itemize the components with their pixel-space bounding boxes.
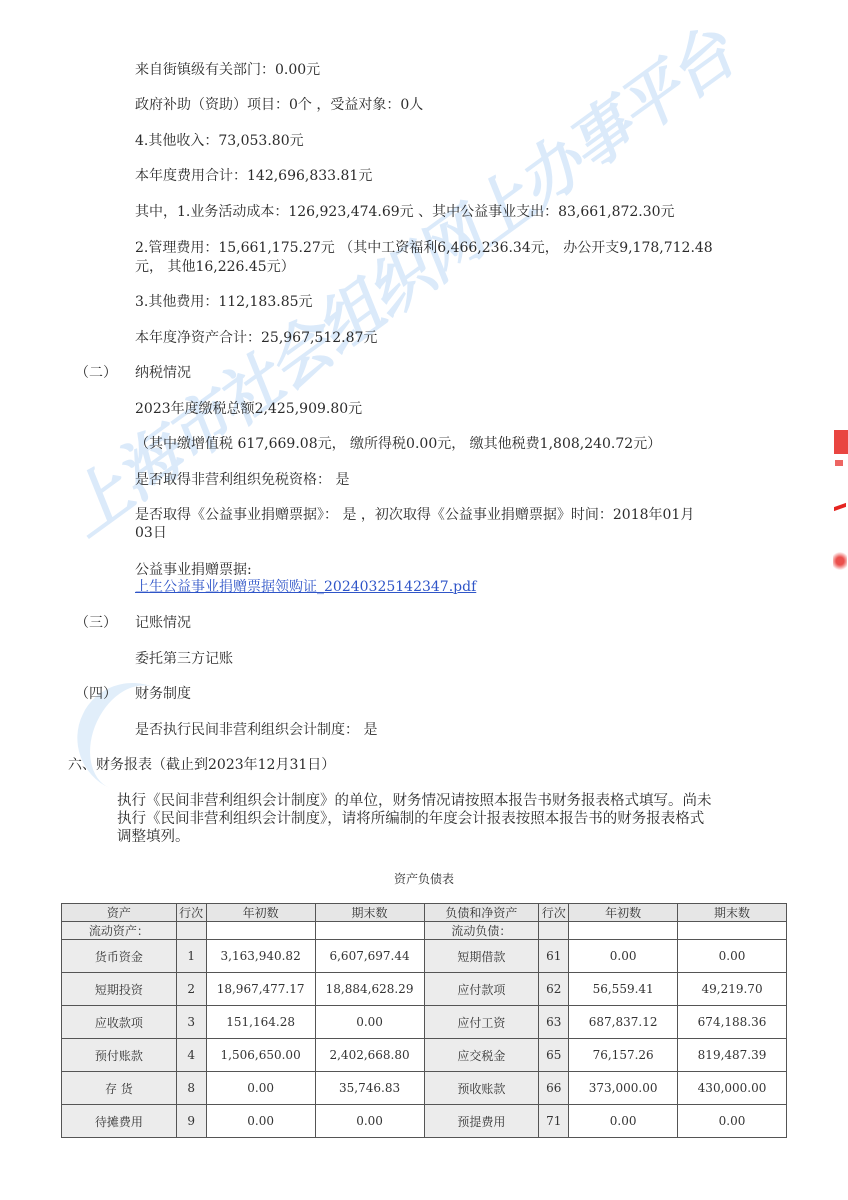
expense-management-line1: 2.管理费用：15,661,175.27元 （其中工资福利6,466,236.3…: [135, 239, 713, 257]
liability-end: 0.00: [678, 1105, 787, 1138]
expense-business-cost: 其中，1.业务活动成本：126,923,474.69元 、其中公益事业支出：83…: [135, 203, 675, 221]
liability-begin: 373,000.00: [569, 1072, 678, 1105]
expense-management-line2: 元， 其他16,226.45元）: [135, 258, 295, 276]
liability-row-no: 61: [539, 940, 569, 973]
liability-begin: 0.00: [569, 1105, 678, 1138]
red-seal-stamp: [832, 430, 848, 580]
asset-name: 存 货: [62, 1072, 177, 1105]
liability-row-no: 63: [539, 1006, 569, 1039]
asset-end: 18,884,628.29: [315, 973, 424, 1006]
liability-end: 49,219.70: [678, 973, 787, 1006]
expense-total: 本年度费用合计：142,696,833.81元: [135, 167, 372, 185]
asset-end: 6,607,697.44: [315, 940, 424, 973]
donation-receipt-line2: 03日: [135, 524, 167, 542]
liability-row-no: 65: [539, 1039, 569, 1072]
current-assets-label: 流动资产：: [62, 922, 177, 940]
donation-receipt-label: 公益事业捐赠票据:: [135, 561, 252, 579]
tax-detail: （其中缴增值税 617,669.08元， 缴所得税0.00元， 缴其他税费1,8…: [135, 435, 661, 453]
current-liabilities-label: 流动负债：: [424, 922, 539, 940]
asset-row-no: 1: [176, 940, 206, 973]
liability-name: 应交税金: [424, 1039, 539, 1072]
table-row: 预付账款 4 1,506,650.00 2,402,668.80 应交税金 65…: [62, 1039, 787, 1072]
asset-name: 预付账款: [62, 1039, 177, 1072]
tax-total: 2023年度缴税总额2,425,909.80元: [135, 400, 362, 418]
tax-exempt-status: 是否取得非营利组织免税资格： 是: [135, 471, 349, 489]
header-row-no: 行次: [539, 904, 569, 922]
section-finance-system-heading: （四）财务制度: [75, 685, 191, 703]
balance-sheet-table: 资产 行次 年初数 期末数 负债和净资产 行次 年初数 期末数 流动资产： 流动…: [61, 903, 787, 1138]
asset-name: 待摊费用: [62, 1105, 177, 1138]
section-title: 记账情况: [135, 615, 191, 631]
liability-begin: 56,559.41: [569, 973, 678, 1006]
liability-name: 预收账款: [424, 1072, 539, 1105]
table-row: 存 货 8 0.00 35,746.83 预收账款 66 373,000.00 …: [62, 1072, 787, 1105]
section-tax-heading: （二）纳税情况: [75, 364, 191, 382]
header-row-no: 行次: [176, 904, 206, 922]
header-liability: 负债和净资产: [424, 904, 539, 922]
table-row: 应收款项 3 151,164.28 0.00 应付工资 63 687,837.1…: [62, 1006, 787, 1039]
asset-row-no: 3: [176, 1006, 206, 1039]
donation-receipt-file-link-wrap: 上生公益事业捐赠票据领购证_20240325142347.pdf: [135, 578, 476, 596]
asset-begin: 3,163,940.82: [206, 940, 315, 973]
asset-row-no: 2: [176, 973, 206, 1006]
asset-begin: 0.00: [206, 1105, 315, 1138]
asset-name: 应收款项: [62, 1006, 177, 1039]
section-number: （三）: [75, 614, 135, 632]
asset-name: 货币资金: [62, 940, 177, 973]
section-bookkeeping-heading: （三）记账情况: [75, 614, 191, 632]
liability-begin: 0.00: [569, 940, 678, 973]
header-begin: 年初数: [569, 904, 678, 922]
table-row: 货币资金 1 3,163,940.82 6,607,697.44 短期借款 61…: [62, 940, 787, 973]
section-title: 纳税情况: [135, 365, 191, 381]
liability-row-no: 71: [539, 1105, 569, 1138]
asset-begin: 1,506,650.00: [206, 1039, 315, 1072]
asset-row-no: 9: [176, 1105, 206, 1138]
asset-end: 0.00: [315, 1006, 424, 1039]
statements-heading: 六、财务报表（截止到2023年12月31日）: [68, 756, 335, 774]
bookkeeping-value: 委托第三方记账: [135, 650, 233, 668]
statements-note-line1: 执行《民间非营利组织会计制度》的单位，财务情况请按照本报告书财务报表格式填写。尚…: [117, 792, 712, 810]
asset-end: 2,402,668.80: [315, 1039, 424, 1072]
expense-other: 3.其他费用：112,183.85元: [135, 293, 313, 311]
section-title: 财务制度: [135, 686, 191, 702]
balance-sheet-title: 资产负债表: [0, 870, 848, 887]
income-other: 4.其他收入：73,053.80元: [135, 132, 304, 150]
table-row: 短期投资 2 18,967,477.17 18,884,628.29 应付款项 …: [62, 973, 787, 1006]
liability-row-no: 62: [539, 973, 569, 1006]
liability-row-no: 66: [539, 1072, 569, 1105]
statements-note-line2: 执行《民间非营利组织会计制度》，请将所编制的年度会计报表按照本报告书的财务报表格…: [117, 810, 704, 828]
header-begin: 年初数: [206, 904, 315, 922]
liability-end: 430,000.00: [678, 1072, 787, 1105]
donation-receipt-line1: 是否取得《公益事业捐赠票据》： 是 ，初次取得《公益事业捐赠票据》时间：2018…: [135, 506, 694, 524]
table-row: 待摊费用 9 0.00 0.00 预提费用 71 0.00 0.00: [62, 1105, 787, 1138]
statements-note-line3: 调整填列。: [117, 828, 190, 846]
table-header-row: 资产 行次 年初数 期末数 负债和净资产 行次 年初数 期末数: [62, 904, 787, 922]
section-number: （四）: [75, 685, 135, 703]
donation-receipt-pdf-link[interactable]: 上生公益事业捐赠票据领购证_20240325142347.pdf: [135, 579, 476, 595]
net-assets-total: 本年度净资产合计：25,967,512.87元: [135, 329, 377, 347]
liability-name: 应付工资: [424, 1006, 539, 1039]
asset-end: 0.00: [315, 1105, 424, 1138]
liability-end: 819,487.39: [678, 1039, 787, 1072]
liability-begin: 76,157.26: [569, 1039, 678, 1072]
table-section-row: 流动资产： 流动负债：: [62, 922, 787, 940]
header-end: 期末数: [315, 904, 424, 922]
asset-name: 短期投资: [62, 973, 177, 1006]
liability-end: 674,188.36: [678, 1006, 787, 1039]
income-gov-subsidy: 政府补助（资助）项目：0个 ，受益对象：0人: [135, 96, 423, 114]
asset-begin: 18,967,477.17: [206, 973, 315, 1006]
asset-begin: 151,164.28: [206, 1006, 315, 1039]
section-number: （二）: [75, 364, 135, 382]
asset-end: 35,746.83: [315, 1072, 424, 1105]
asset-row-no: 8: [176, 1072, 206, 1105]
header-asset: 资产: [62, 904, 177, 922]
header-end: 期末数: [678, 904, 787, 922]
income-street-town: 来自街镇级有关部门：0.00元: [135, 61, 320, 79]
liability-name: 应付款项: [424, 973, 539, 1006]
asset-row-no: 4: [176, 1039, 206, 1072]
liability-end: 0.00: [678, 940, 787, 973]
finance-system-value: 是否执行民间非营利组织会计制度： 是: [135, 721, 377, 739]
asset-begin: 0.00: [206, 1072, 315, 1105]
liability-begin: 687,837.12: [569, 1006, 678, 1039]
liability-name: 短期借款: [424, 940, 539, 973]
liability-name: 预提费用: [424, 1105, 539, 1138]
